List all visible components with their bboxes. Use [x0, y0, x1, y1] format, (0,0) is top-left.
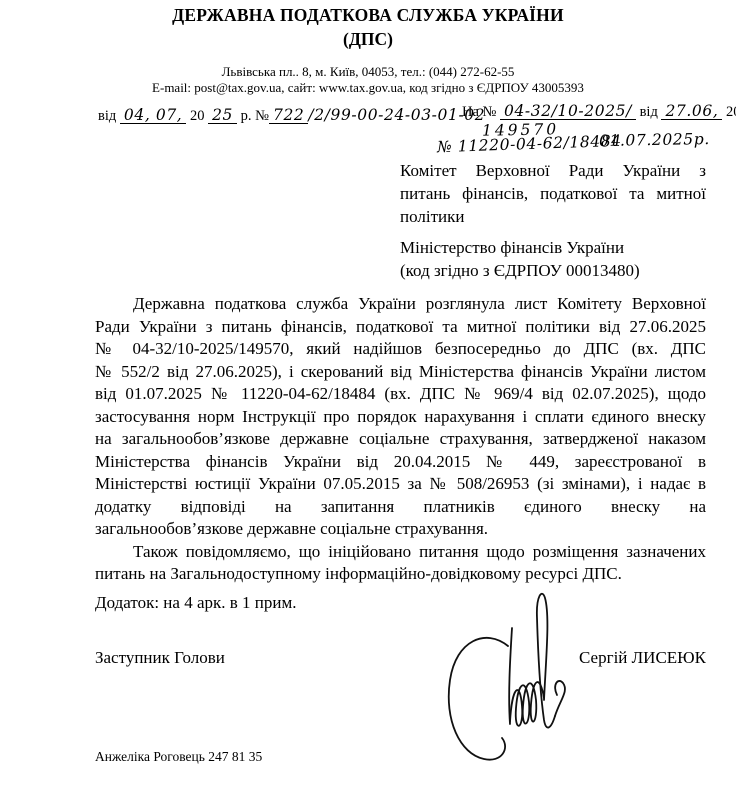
body-line: питань на Загальнодоступному інформаційн… [95, 563, 706, 586]
attachment-note: Додаток: на 4 арк. в 1 прим. [95, 593, 296, 613]
body-line: застосування норм Інструкції про порядок… [95, 406, 706, 429]
body-line: Державна податкова служба України розгля… [95, 293, 706, 316]
executor-line: Анжеліка Роговець 247 81 35 [95, 749, 262, 765]
recipient-committee: Комітет Верховної Ради України зпитань ф… [400, 159, 706, 228]
body-line: від 01.07.2025 № 11220-04-62/18484 (вх. … [95, 383, 706, 406]
document-page: ДЕРЖАВНА ПОДАТКОВА СЛУЖБА УКРАЇНИ (ДПС) … [0, 0, 736, 802]
body-paragraph-1: Державна податкова служба України розгля… [95, 293, 706, 541]
org-name: ДЕРЖАВНА ПОДАТКОВА СЛУЖБА УКРАЇНИ [0, 4, 736, 26]
recipient-line: (код згідно з ЄДРПОУ 00013480) [400, 259, 706, 282]
out-number-label: № [255, 108, 269, 124]
body-line: Міністерстві юстиції України 07.05.2015 … [95, 473, 706, 496]
out-year-suffix: р. [241, 108, 252, 124]
out-year-handwritten: 25 [208, 108, 237, 124]
out-number-handwritten: 722 [269, 108, 308, 124]
handwritten-registration-number: № 11220-04-62/18484 [437, 132, 622, 156]
body-line: Ради України з питань фінансів, податков… [95, 316, 706, 339]
body-line: № 04-32/10-2025/149570, який надійшов бе… [95, 338, 706, 361]
signer-position: Заступник Голови [95, 648, 225, 668]
body-line: Міністерства фінансів України від 20.04.… [95, 451, 706, 474]
body-paragraph-2: Також повідомляємо, що ініційовано питан… [95, 541, 706, 586]
signature-scribble [426, 588, 576, 768]
out-century-label: 20 [190, 108, 205, 124]
letterhead-contacts: Львівська пл.. 8, м. Київ, 04053, тел.: … [0, 64, 736, 96]
in-from-label: від [640, 104, 658, 120]
in-number-label: На № [462, 104, 496, 120]
recipient-line: Міністерство фінансів України [400, 236, 706, 259]
in-number-handwritten: 04-32/10-2025/ [500, 104, 636, 120]
body-line: на загальнообов’язкове державне соціальн… [95, 428, 706, 451]
out-number-tail-handwritten: /2/99-00-24-03-01-02 [308, 106, 485, 124]
address-line: Львівська пл.. 8, м. Київ, 04053, тел.: … [0, 64, 736, 80]
letter-body: Державна податкова служба України розгля… [95, 293, 706, 586]
org-abbr: (ДПС) [0, 28, 736, 50]
in-date-handwritten: 27.06, [661, 104, 722, 120]
body-line: Також повідомляємо, що ініційовано питан… [95, 541, 706, 564]
recipient-line: питань фінансів, податкової та митної [400, 182, 706, 205]
body-line: додатку відповіді на запитання платників… [95, 496, 706, 519]
incoming-ref-row: На № 04-32/10-2025/ від 27.06, 20 25 р. [462, 104, 736, 121]
handwritten-registration-date: 01.07.2025р. [599, 130, 710, 150]
out-date-handwritten: 04, 07, [120, 108, 186, 124]
body-line: № 552/2 від 27.06.2025), і скерований ві… [95, 361, 706, 384]
recipients-block: Комітет Верховної Ради України зпитань ф… [400, 159, 706, 282]
out-from-label: від [98, 108, 116, 124]
in-century-label: 20 [726, 104, 736, 120]
contacts-line: E-mail: post@tax.gov.ua, сайт: www.tax.g… [0, 80, 736, 96]
outgoing-ref-row: від 04, 07, 20 25 р. №722/2/99-00-24-03-… [98, 106, 485, 125]
recipient-line: політики [400, 205, 706, 228]
recipient-line: Комітет Верховної Ради України з [400, 159, 706, 182]
letterhead: ДЕРЖАВНА ПОДАТКОВА СЛУЖБА УКРАЇНИ (ДПС) … [0, 4, 736, 96]
recipient-ministry: Міністерство фінансів України(код згідно… [400, 236, 706, 282]
body-line: загальнообов’язкове державне соціальне с… [95, 518, 706, 541]
